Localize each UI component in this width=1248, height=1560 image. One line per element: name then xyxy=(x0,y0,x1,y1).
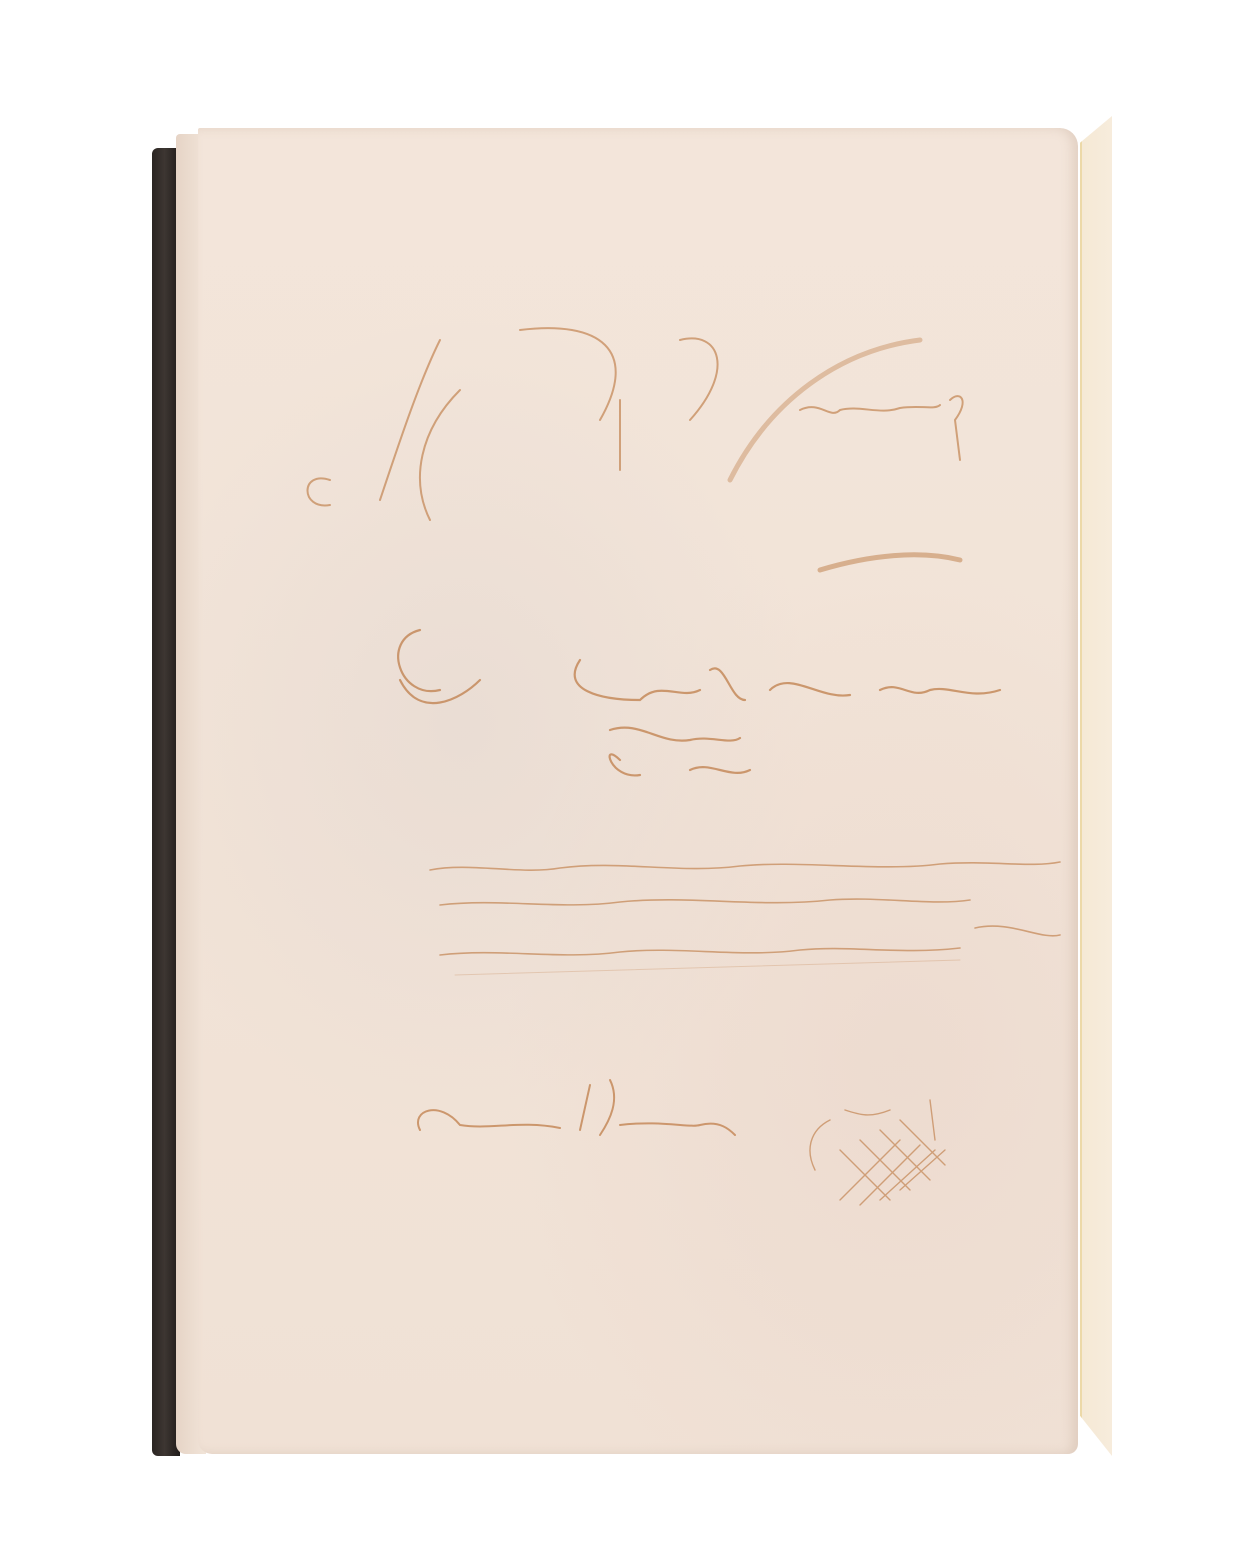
flyleaf xyxy=(1080,116,1112,1456)
manuscript-page xyxy=(198,128,1078,1454)
